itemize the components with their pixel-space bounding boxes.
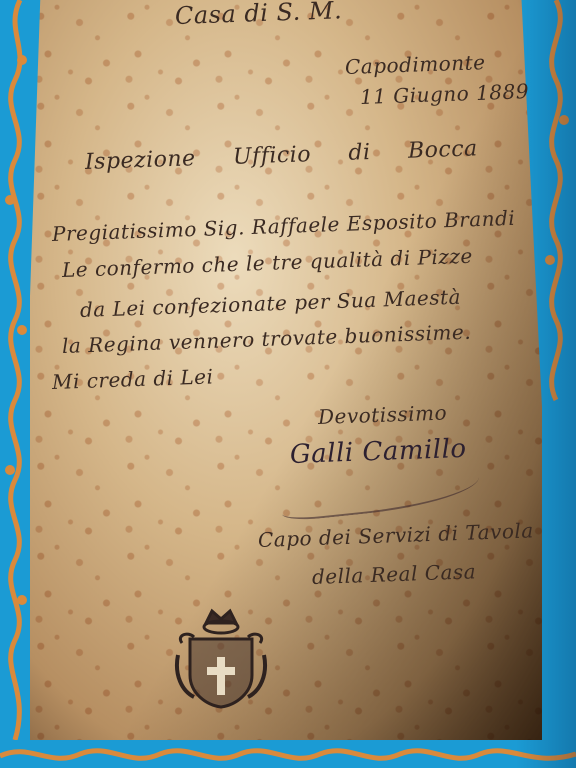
closing: Devotissimo xyxy=(318,401,448,429)
border-scroll-ornament-bottom xyxy=(0,742,576,768)
royal-coat-of-arms-icon xyxy=(168,605,274,710)
border-scroll-ornament-right xyxy=(536,0,576,740)
letter-place: Capodimonte xyxy=(345,50,486,79)
